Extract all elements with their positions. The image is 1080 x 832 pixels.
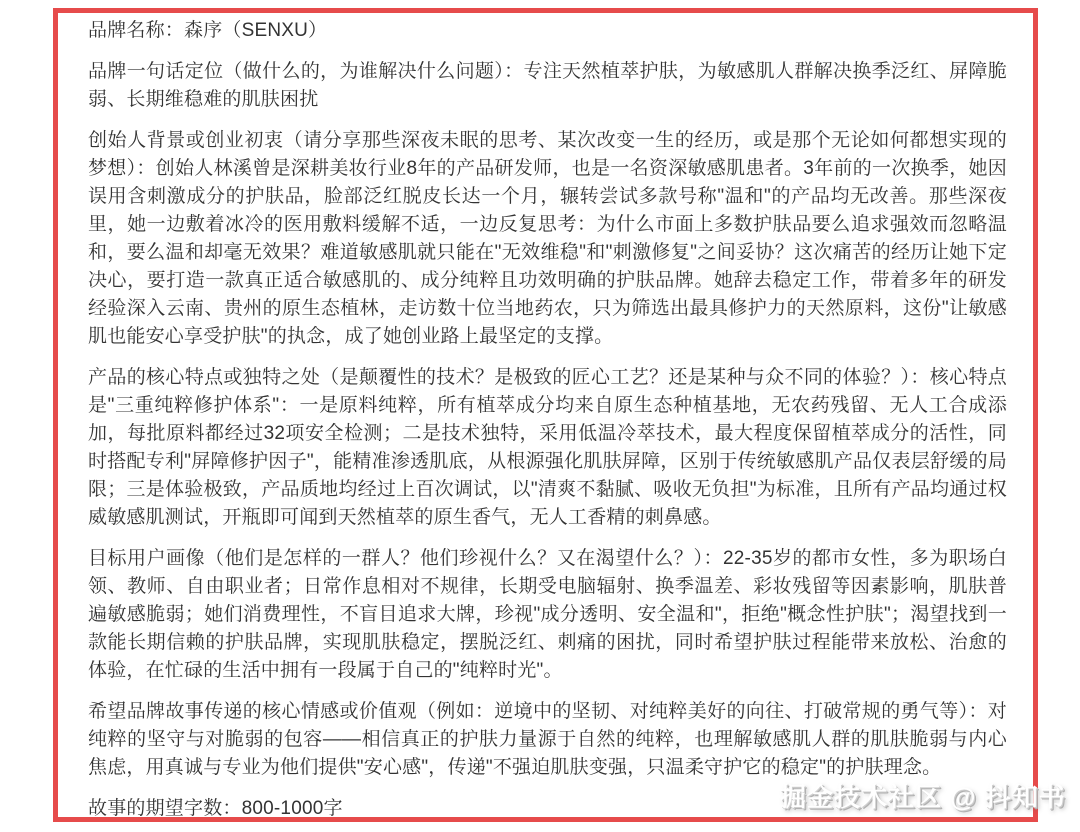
field-brand-positioning: 品牌一句话定位（做什么的，为谁解决什么问题）：专注天然植萃护肤，为敏感肌人群解决… xyxy=(88,58,1007,114)
field-core-values: 希望品牌故事传递的核心情感或价值观（例如：逆境中的坚韧、对纯粹美好的向往、打破常… xyxy=(88,698,1007,782)
field-founder-background: 创始人背景或创业初衷（请分享那些深夜未眠的思考、某次改变一生的经历，或是那个无论… xyxy=(88,127,1007,351)
field-brand-name: 品牌名称：森序（SENXU） xyxy=(88,17,1007,45)
page: 品牌名称：森序（SENXU） 品牌一句话定位（做什么的，为谁解决什么问题）：专注… xyxy=(0,0,1080,832)
watermark: 掘金技术社区 @ 抖知书 xyxy=(780,777,1066,814)
field-target-audience: 目标用户画像（他们是怎样的一群人？他们珍视什么？又在渴望什么？）：22-35岁的… xyxy=(88,545,1007,685)
field-product-features: 产品的核心特点或独特之处（是颠覆性的技术？是极致的匠心工艺？还是某种与众不同的体… xyxy=(88,364,1007,532)
document-frame: 品牌名称：森序（SENXU） 品牌一句话定位（做什么的，为谁解决什么问题）：专注… xyxy=(53,8,1038,822)
